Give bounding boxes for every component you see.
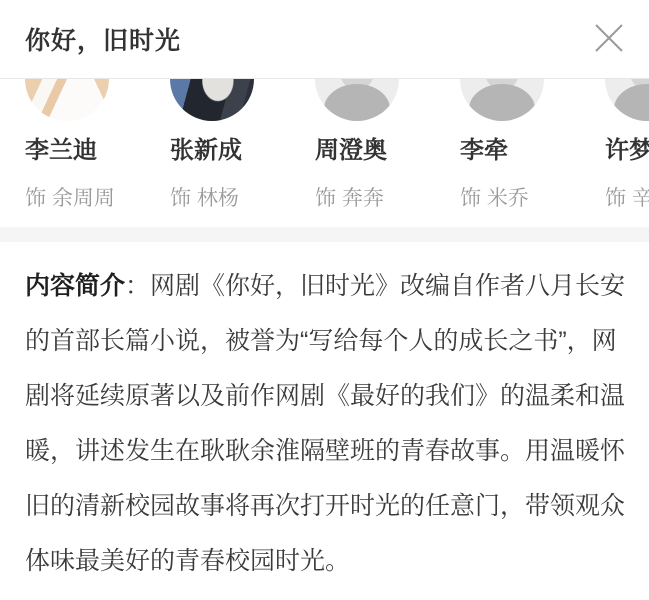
actor-role: 饰 米乔: [460, 182, 544, 212]
actor-avatar-placeholder: [315, 79, 399, 121]
actor-role: 饰 奔奔: [315, 182, 399, 212]
synopsis-line: 的首部长篇小说，被誉为“写给每个人的成长之书”，网: [25, 314, 624, 369]
synopsis-text: ：网剧《你好，旧时光》改编自作者八月长安: [125, 272, 624, 300]
cast-row: 李兰迪 饰 余周周 张新成 饰 林杨 周澄奥 饰 奔奔: [0, 79, 649, 212]
cast-item[interactable]: 李兰迪 饰 余周周: [25, 79, 109, 212]
synopsis-line: 旧的清新校园故事将再次打开时光的任意门，带领观众: [25, 479, 624, 534]
cast-item[interactable]: 李牵 饰 米乔: [460, 79, 544, 212]
synopsis-label: 内容简介: [25, 272, 125, 300]
actor-name: 李兰迪: [25, 130, 109, 165]
actor-avatar: [170, 79, 254, 121]
cast-item[interactable]: 张新成 饰 林杨: [170, 79, 254, 212]
actor-role: 饰 余周周: [25, 182, 109, 212]
synopsis-line: 内容简介：网剧《你好，旧时光》改编自作者八月长安: [25, 259, 624, 314]
cast-item[interactable]: 周澄奥 饰 奔奔: [315, 79, 399, 212]
cast-section: 李兰迪 饰 余周周 张新成 饰 林杨 周澄奥 饰 奔奔: [0, 79, 649, 227]
actor-name: 周澄奥: [315, 130, 399, 165]
actor-name: 张新成: [170, 130, 254, 165]
synopsis-line: 体味最美好的青春校园时光。: [25, 534, 624, 589]
actor-avatar-placeholder: [605, 79, 649, 121]
actor-avatar: [25, 79, 109, 121]
actor-role: 饰 辛: [605, 182, 649, 212]
actor-name: 李牵: [460, 130, 544, 165]
synopsis-line: 剧将延续原著以及前作网剧《最好的我们》的温柔和温: [25, 369, 624, 424]
section-separator: [0, 227, 649, 242]
close-button[interactable]: [593, 23, 625, 55]
actor-role: 饰 林杨: [170, 182, 254, 212]
page-title: 你好，旧时光: [25, 21, 181, 57]
panel-header: 你好，旧时光: [0, 0, 649, 79]
close-icon: [594, 23, 624, 56]
cast-item[interactable]: 许梦 饰 辛: [605, 79, 649, 212]
actor-name: 许梦: [605, 130, 649, 165]
synopsis-section: 内容简介：网剧《你好，旧时光》改编自作者八月长安 的首部长篇小说，被誉为“写给每…: [0, 242, 649, 589]
synopsis-line: 暖，讲述发生在耿耿余淮隔壁班的青春故事。用温暖怀: [25, 424, 624, 479]
actor-avatar-placeholder: [460, 79, 544, 121]
drama-info-panel: 你好，旧时光 李兰迪 饰 余周周 张新成 饰 林杨: [0, 0, 649, 600]
